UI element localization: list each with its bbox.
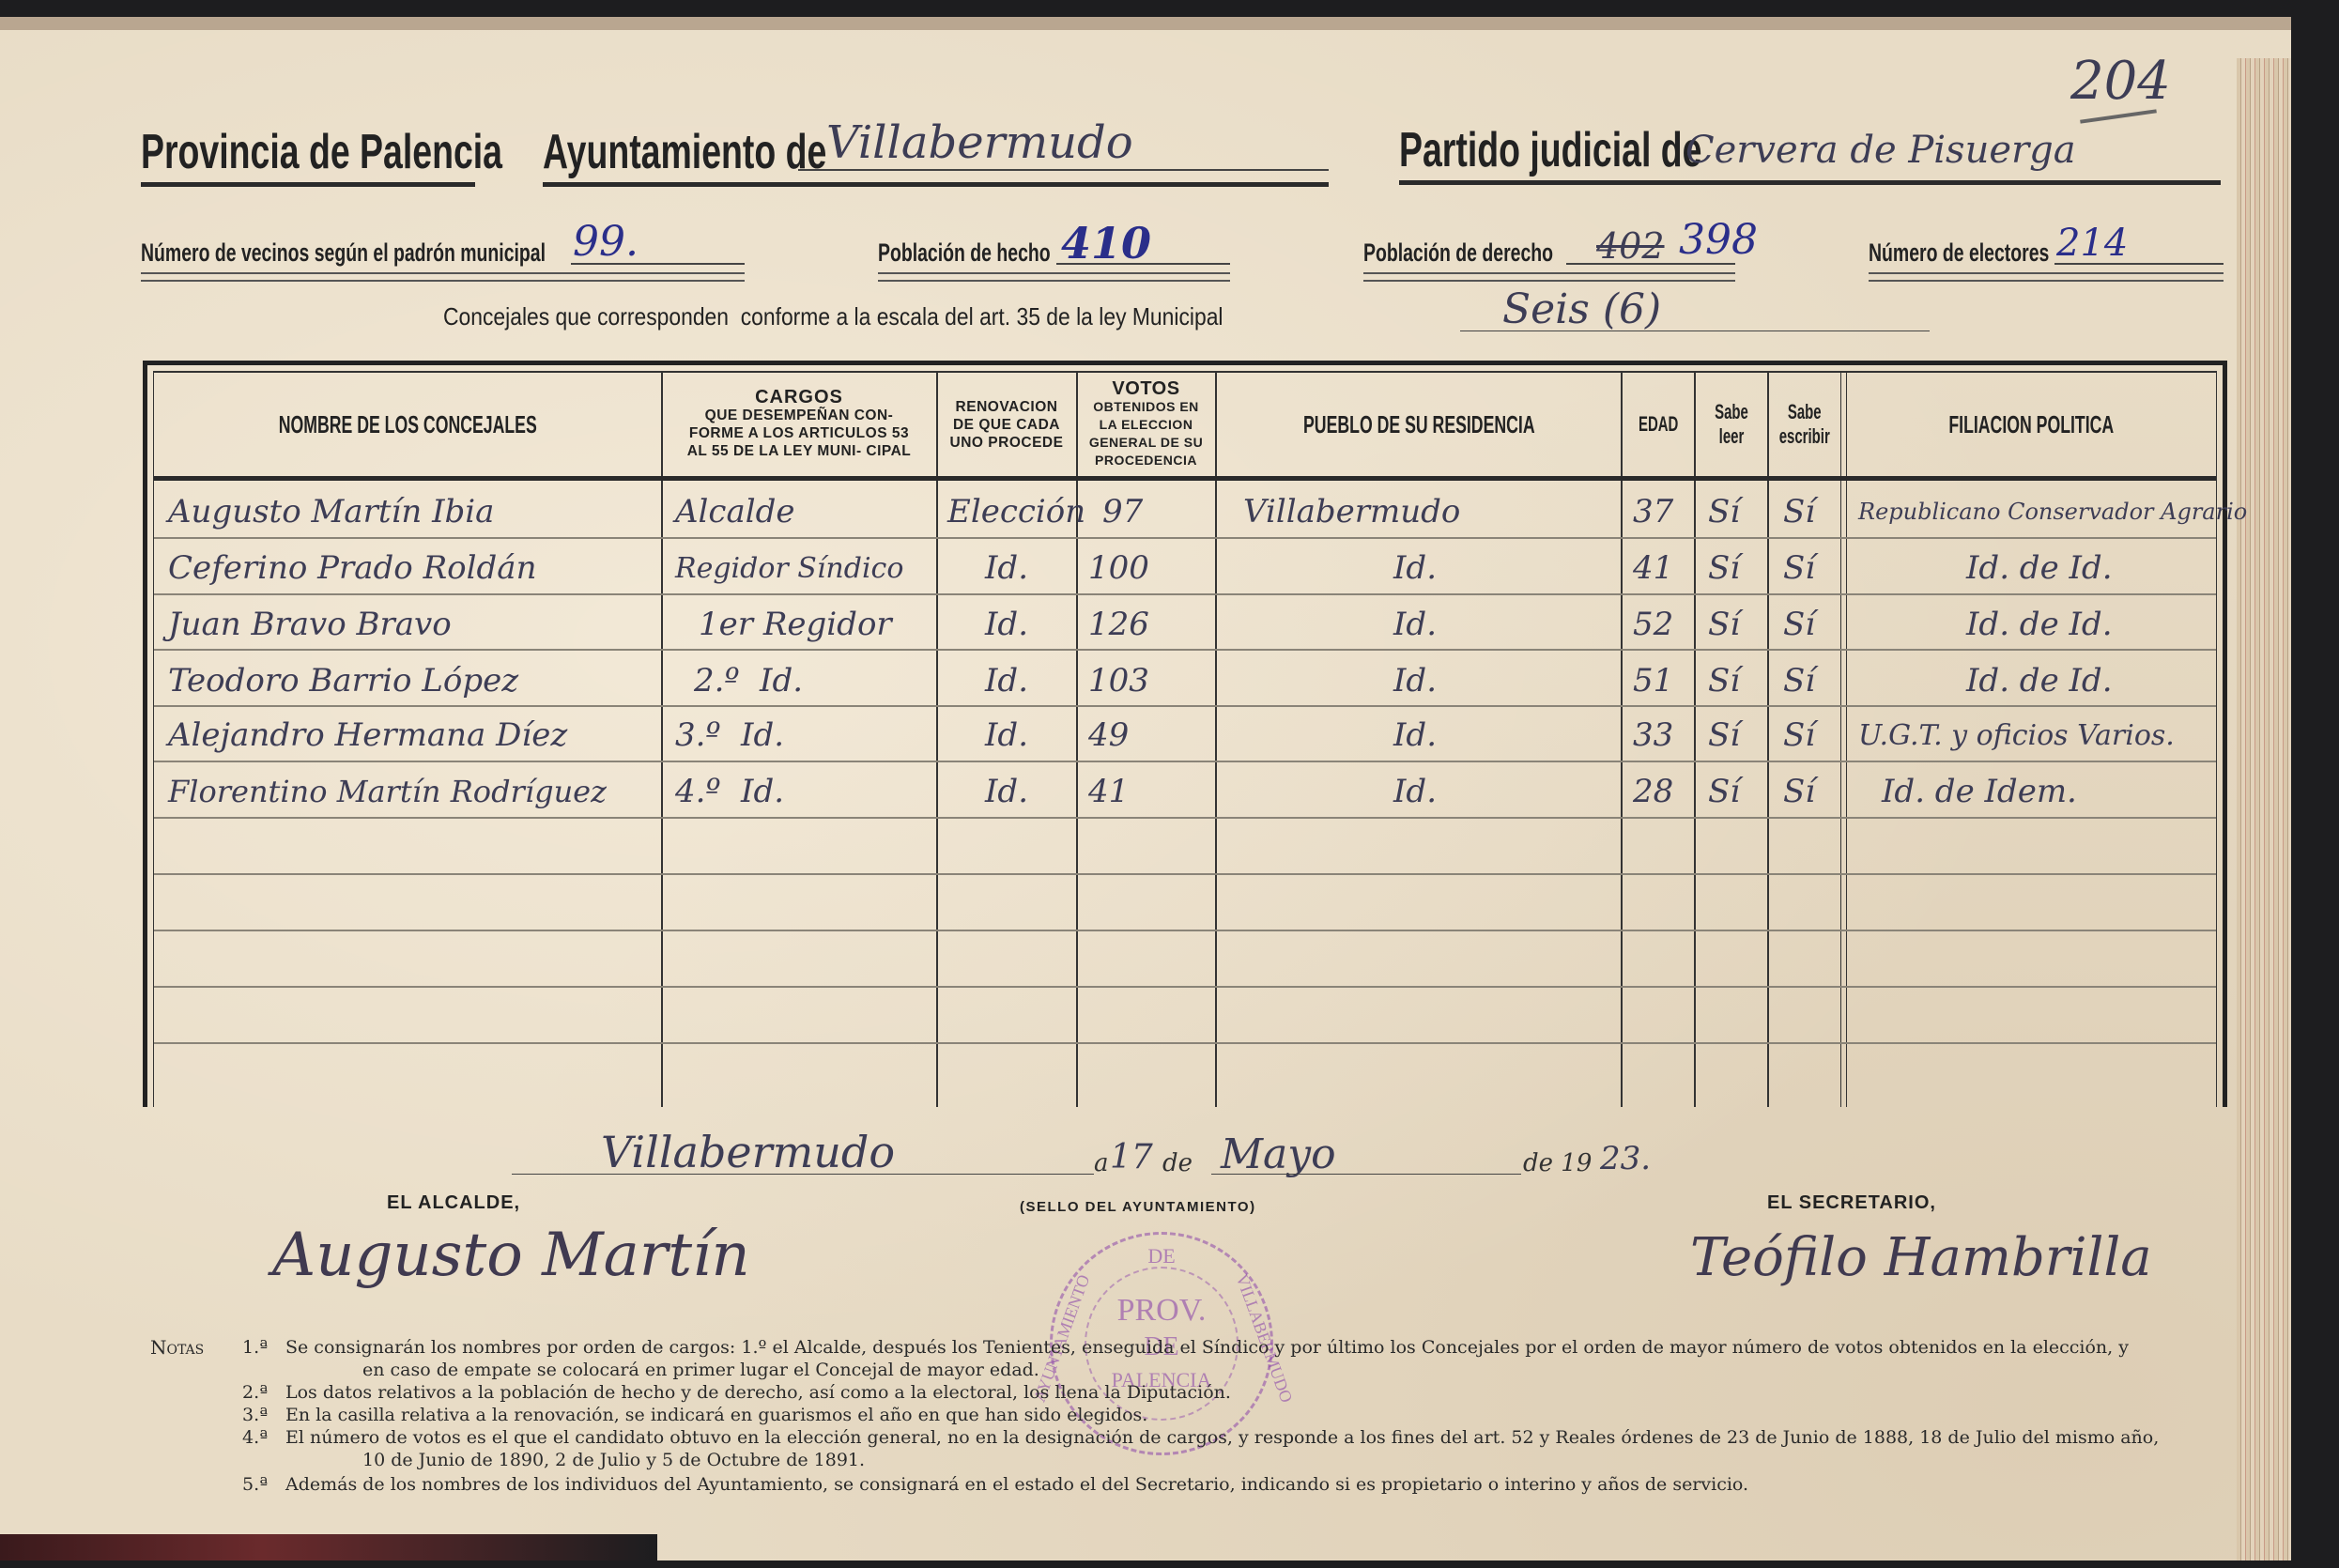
note-text: Se consignarán los nombres por orden de … — [285, 1335, 2129, 1360]
sello-label: (SELLO DEL AYUNTAMIENTO) — [1020, 1199, 1256, 1215]
cell-leer: Sí — [1708, 598, 1740, 651]
col-divider — [1846, 373, 1847, 1107]
header-edad: EDAD — [1623, 373, 1694, 476]
cell-cargo: Alcalde — [675, 485, 795, 538]
cell-nombre: Juan Bravo Bravo — [168, 598, 452, 651]
ayuntamiento-value: Villabermudo — [826, 116, 1133, 169]
cell-nombre: Ceferino Prado Roldán — [168, 542, 536, 594]
cell-edad: 52 — [1633, 598, 1673, 651]
electores-double-rule — [1869, 272, 2224, 282]
document-page: 204 Provincia de Palencia Ayuntamiento d… — [0, 17, 2291, 1560]
hecho-field-line — [1056, 263, 1230, 265]
vecinos-double-rule — [141, 272, 745, 282]
stamp-center-prov: PROV. — [1053, 1293, 1270, 1329]
book-binding — [0, 1534, 657, 1560]
cell-renovacion: Id. — [985, 654, 1028, 707]
page-edge-stack — [2237, 58, 2291, 1560]
notes-label: Notas — [150, 1335, 204, 1360]
col-divider — [661, 373, 663, 1107]
cell-renovacion: Elección — [947, 485, 1085, 538]
cell-nombre: Alejandro Hermana Díez — [168, 709, 567, 761]
cell-renovacion: Id. — [985, 765, 1028, 818]
note-text-continued: en caso de empate se colocará en primer … — [362, 1358, 1039, 1383]
cell-pueblo: Id. — [1393, 709, 1437, 761]
note-number: 1.ª — [242, 1335, 268, 1360]
cell-edad: 41 — [1633, 542, 1673, 594]
derecho-label: Población de derecho — [1363, 238, 1553, 268]
cell-escribir: Sí — [1783, 485, 1815, 538]
note-number: 4.ª — [242, 1425, 268, 1451]
alcalde-signature: Augusto Martín — [272, 1221, 750, 1290]
row-line — [154, 930, 2216, 931]
cell-votos: 97 — [1102, 485, 1143, 538]
header-sabe-leer: Sabe leer — [1696, 373, 1767, 476]
partido-underline — [1399, 180, 2221, 185]
note-number: 2.ª — [242, 1380, 268, 1406]
col-divider — [1621, 373, 1623, 1107]
cell-edad: 51 — [1633, 654, 1673, 707]
cell-edad: 33 — [1633, 709, 1673, 761]
header-votos: VOTOS OBTENIDOS EN LA ELECCION GENERAL D… — [1078, 373, 1214, 476]
ayuntamiento-underline — [543, 182, 1329, 187]
cell-escribir: Sí — [1783, 765, 1815, 818]
hecho-value: 410 — [1061, 218, 1151, 269]
ayuntamiento-label: Ayuntamiento de — [543, 124, 826, 180]
cell-cargo: 1er Regidor — [699, 598, 892, 651]
cell-votos: 126 — [1088, 598, 1149, 651]
header-pueblo: PUEBLO DE SU RESIDENCIA — [1217, 373, 1621, 476]
cell-edad: 28 — [1633, 765, 1673, 818]
derecho-value: 398 — [1679, 216, 1758, 264]
cell-leer: Sí — [1708, 709, 1740, 761]
derecho-struck-value: 402 — [1596, 225, 1665, 267]
date-day: 17 — [1110, 1138, 1153, 1176]
cell-filiacion: Id. de Id. — [1966, 654, 2113, 707]
alcalde-label: EL ALCALDE, — [387, 1192, 520, 1214]
electores-label: Número de electores — [1869, 238, 2049, 268]
header-separator — [154, 476, 2216, 481]
hecho-label: Población de hecho — [878, 238, 1051, 268]
cell-renovacion: Id. — [985, 709, 1028, 761]
cell-pueblo: Villabermudo — [1243, 485, 1460, 538]
note-text: Los datos relativos a la población de he… — [285, 1380, 1231, 1406]
date-place-line — [512, 1174, 1094, 1175]
concejales-value: Seis (6) — [1502, 285, 1661, 333]
cell-filiacion: Id. de Id. — [1966, 542, 2113, 594]
cell-escribir: Sí — [1783, 709, 1815, 761]
vecinos-field-line — [571, 263, 745, 265]
col-divider — [1694, 373, 1696, 1107]
date-a-label: a — [1094, 1149, 1109, 1177]
date-year-suffix: 23. — [1600, 1140, 1651, 1177]
vecinos-value: 99. — [573, 218, 639, 266]
header-sabe-escribir: Sabe escribir — [1769, 373, 1840, 476]
date-de-label: de — [1162, 1149, 1193, 1177]
concejales-field-line — [1460, 331, 1930, 331]
cell-leer: Sí — [1708, 765, 1740, 818]
cell-filiacion: Id. de Id. — [1966, 598, 2113, 651]
hecho-double-rule — [878, 272, 1230, 282]
electores-field-line — [2054, 263, 2224, 265]
cell-nombre: Florentino Martín Rodríguez — [168, 765, 607, 818]
cell-votos: 103 — [1088, 654, 1149, 707]
cell-cargo: 2.º Id. — [694, 654, 803, 707]
folio-number: 204 — [2070, 51, 2171, 112]
cell-leer: Sí — [1708, 485, 1740, 538]
row-line — [154, 649, 2216, 651]
cell-escribir: Sí — [1783, 654, 1815, 707]
concejales-table: NOMBRE DE LOS CONCEJALES CARGOS QUE DESE… — [143, 361, 2227, 1107]
row-line — [154, 873, 2216, 875]
cell-votos: 41 — [1088, 765, 1129, 818]
cell-nombre: Teodoro Barrio López — [168, 654, 518, 707]
note-number: 5.ª — [242, 1472, 268, 1498]
cell-nombre: Augusto Martín Ibia — [168, 485, 494, 538]
cell-pueblo: Id. — [1393, 654, 1437, 707]
cell-pueblo: Id. — [1393, 542, 1437, 594]
cell-pueblo: Id. — [1393, 765, 1437, 818]
cell-votos: 49 — [1088, 709, 1129, 761]
secretario-label: EL SECRETARIO, — [1767, 1192, 1936, 1214]
electores-value: 214 — [2056, 222, 2128, 265]
cell-renovacion: Id. — [985, 542, 1028, 594]
col-divider — [936, 373, 938, 1107]
cell-votos: 100 — [1088, 542, 1149, 594]
cell-edad: 37 — [1633, 485, 1673, 538]
cell-filiacion: Id. de Idem. — [1882, 765, 2077, 818]
date-month: Mayo — [1221, 1130, 1336, 1178]
provincia-underline — [141, 182, 475, 187]
col-divider — [1076, 373, 1078, 1107]
col-divider — [1767, 373, 1769, 1107]
note-number: 3.ª — [242, 1403, 268, 1428]
col-divider — [1840, 373, 1841, 1107]
partido-label: Partido judicial de — [1399, 122, 1701, 178]
cell-filiacion: U.G.T. y oficios Varios. — [1858, 709, 2175, 761]
row-line — [154, 1042, 2216, 1044]
concejales-label: Concejales que corresponden conforme a l… — [443, 302, 1223, 331]
header-nombre: NOMBRE DE LOS CONCEJALES — [154, 373, 661, 476]
note-text: El número de votos es el que el candidat… — [285, 1425, 2159, 1451]
note-text: Además de los nombres de los individuos … — [285, 1472, 1748, 1498]
header-cargos: CARGOS QUE DESEMPEÑAN CON- FORME A LOS A… — [663, 373, 935, 476]
partido-value: Cervera de Pisuerga — [1685, 129, 2076, 172]
header-renovacion: RENOVACION DE QUE CADA UNO PROCEDE — [938, 373, 1075, 476]
ayuntamiento-field-line — [798, 169, 1329, 171]
cell-filiacion: Republicano Conservador Agrario — [1858, 485, 2247, 538]
cell-escribir: Sí — [1783, 598, 1815, 651]
cell-renovacion: Id. — [985, 598, 1028, 651]
header-filiacion: FILIACION POLITICA — [1848, 373, 2214, 476]
note-text: En la casilla relativa a la renovación, … — [285, 1403, 1147, 1428]
note-text-continued: 10 de Junio de 1890, 2 de Julio y 5 de O… — [362, 1448, 865, 1473]
cell-cargo: 4.º Id. — [675, 765, 784, 818]
secretario-signature: Teófilo Hambrilla — [1690, 1227, 2152, 1288]
derecho-field-line — [1566, 263, 1735, 265]
cell-cargo: Regidor Síndico — [675, 542, 903, 594]
date-month-line — [1211, 1174, 1521, 1175]
vecinos-label: Número de vecinos según el padrón munici… — [141, 238, 546, 268]
cell-pueblo: Id. — [1393, 598, 1437, 651]
cell-escribir: Sí — [1783, 542, 1815, 594]
col-divider — [1215, 373, 1217, 1107]
cell-leer: Sí — [1708, 654, 1740, 707]
cell-leer: Sí — [1708, 542, 1740, 594]
date-place: Villabermudo — [601, 1127, 895, 1177]
date-year-prefix: de 19 — [1523, 1149, 1592, 1177]
derecho-double-rule — [1363, 272, 1735, 282]
provincia-label: Provincia de Palencia — [141, 124, 502, 180]
cell-cargo: 3.º Id. — [675, 709, 784, 761]
row-line — [154, 986, 2216, 988]
